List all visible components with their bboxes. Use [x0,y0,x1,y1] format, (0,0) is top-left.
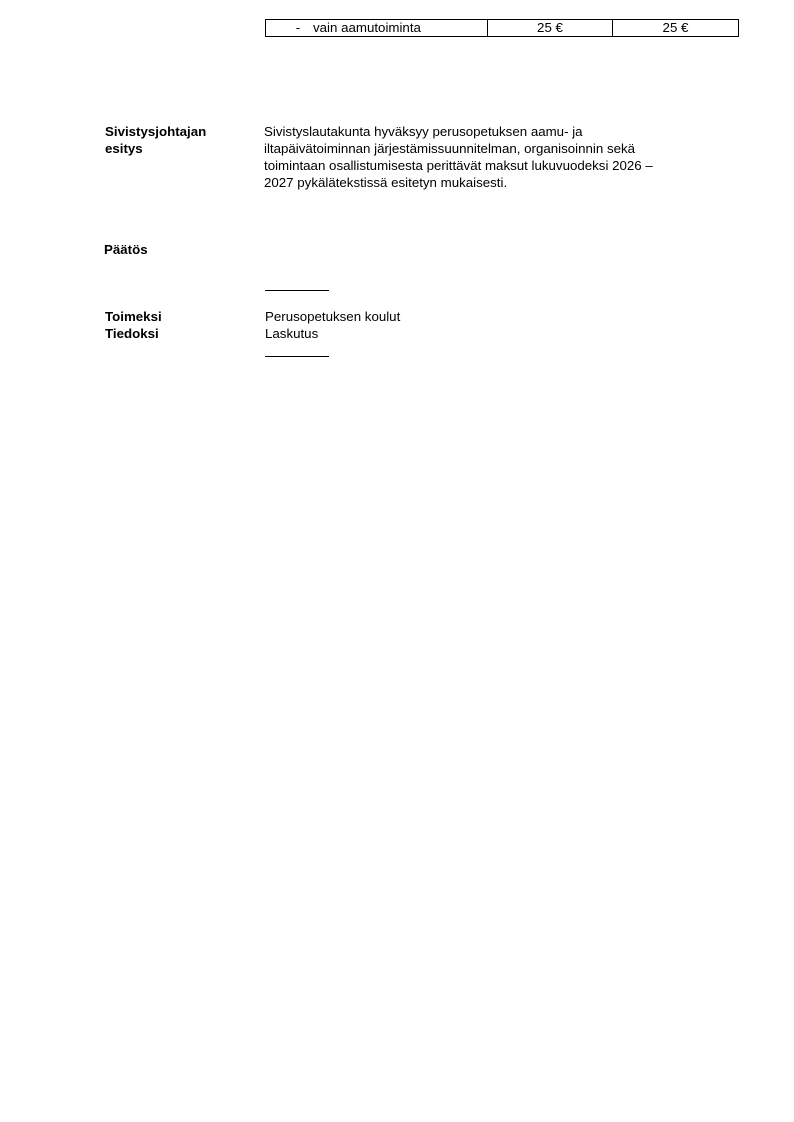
table-row: -vain aamutoiminta 25 € 25 € [266,20,739,37]
tiedoksi-value: Laskutus [265,325,318,342]
fee-value-cell: 25 € [613,20,739,37]
toimeksi-value: Perusopetuksen koulut [265,308,400,325]
fee-label-cell: -vain aamutoiminta [266,20,488,37]
proposal-label-line: esitys [105,140,206,157]
proposal-line: 2027 pykälätekstissä esitetyn mukaisesti… [264,174,714,191]
separator-line [265,290,329,291]
proposal-line: iltapäivätoiminnan järjestämissuunnitelm… [264,140,714,157]
toimeksi-label: Toimeksi [105,308,162,325]
proposal-text: Sivistyslautakunta hyväksyy perusopetuks… [264,123,714,191]
fee-value-cell: 25 € [488,20,613,37]
proposal-line: toimintaan osallistumisesta perittävät m… [264,157,714,174]
proposal-label: Sivistysjohtajan esitys [105,123,206,157]
fee-label: vain aamutoiminta [313,20,421,35]
tiedoksi-label: Tiedoksi [105,325,159,342]
fee-table: -vain aamutoiminta 25 € 25 € [265,19,739,37]
separator-line [265,356,329,357]
list-marker: - [283,20,313,36]
proposal-label-line: Sivistysjohtajan [105,123,206,140]
proposal-line: Sivistyslautakunta hyväksyy perusopetuks… [264,123,714,140]
decision-label: Päätös [104,241,148,258]
